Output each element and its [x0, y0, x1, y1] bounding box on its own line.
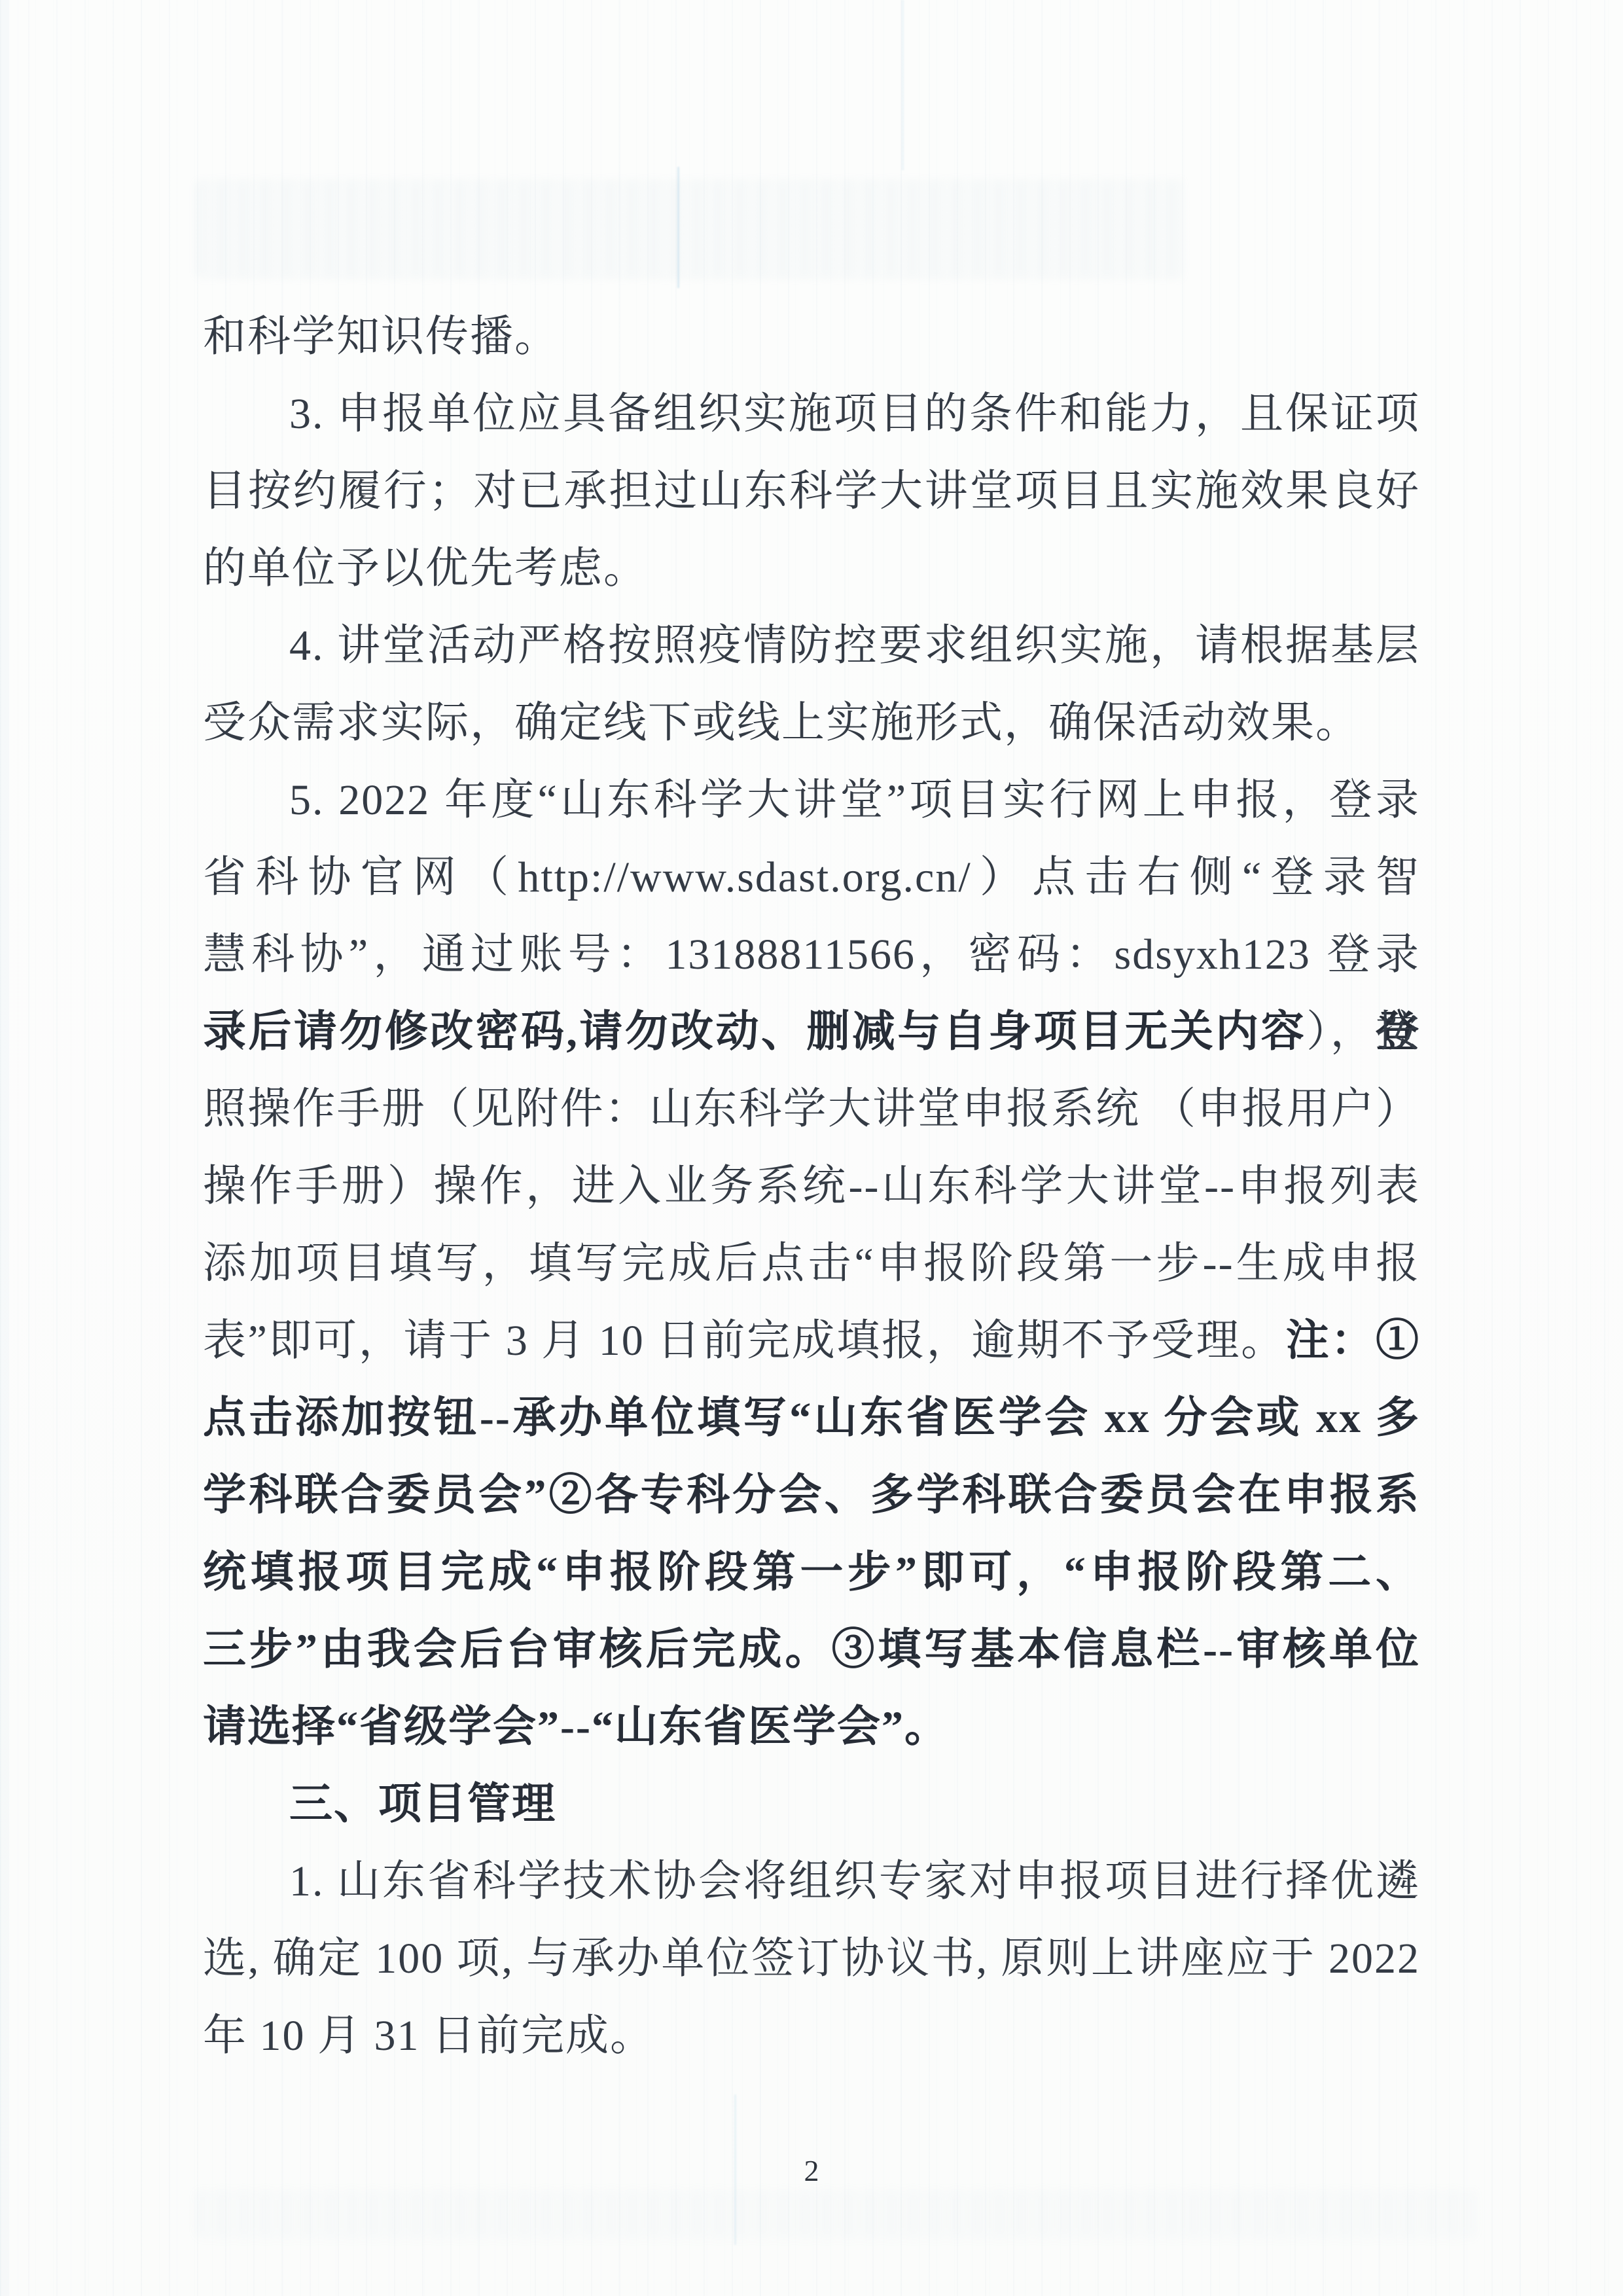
- text-line: 5. 2022 年度“山东科学大讲堂”项目实行网上申报，登录: [203, 762, 1420, 839]
- bold-text-run: 注：①: [1286, 1317, 1420, 1365]
- text-run: 照操作手册（见附件：山东科学大讲堂申报系统 （申报用户）: [203, 1085, 1420, 1133]
- text-line: 统填报项目完成“申报阶段第一步”即可，“申报阶段第二、: [203, 1534, 1420, 1611]
- document-page: 和科学知识传播。3. 申报单位应具备组织实施项目的条件和能力，且保证项目按约履行…: [0, 0, 1623, 2296]
- text-line: 选, 确定 100 项, 与承办单位签订协议书, 原则上讲座应于 2022: [203, 1920, 1420, 1998]
- text-line: 添加项目填写，填写完成后点击“申报阶段第一步--生成申报: [203, 1225, 1420, 1302]
- scan-bleed-artifact-top: [196, 180, 1185, 278]
- text-run: 受众需求实际，确定线下或线上实施形式，确保活动效果。: [203, 699, 1360, 747]
- text-line: 3. 申报单位应具备组织实施项目的条件和能力，且保证项: [203, 376, 1420, 453]
- text-line: 三步”由我会后台审核后完成。③填写基本信息栏--审核单位: [203, 1611, 1420, 1689]
- text-run: 1. 山东省科学技术协会将组织专家对申报项目进行择优遴: [289, 1857, 1420, 1905]
- text-run: ），按: [1306, 1008, 1420, 1056]
- text-run: 目按约履行；对已承担过山东科学大讲堂项目且实施效果良好: [203, 467, 1420, 515]
- text-line: 省科协官网（http://www.sdast.org.cn/）点击右侧“登录智: [203, 839, 1420, 916]
- bold-text-run: 统填报项目完成“申报阶段第一步”即可，“申报阶段第二、: [203, 1549, 1420, 1596]
- bold-text-run: 点击添加按钮--承办单位填写“山东省医学会 xx 分会或 xx 多: [203, 1394, 1420, 1442]
- bold-text-run: 请选择“省级学会”--“山东省医学会”。: [203, 1703, 949, 1751]
- text-run: 年 10 月 31 日前完成。: [203, 2012, 654, 2060]
- text-run: 的单位予以优先考虑。: [203, 545, 648, 592]
- text-run: 5. 2022 年度“山东科学大讲堂”项目实行网上申报，登录: [289, 776, 1420, 824]
- text-line: 的单位予以优先考虑。: [203, 530, 1420, 607]
- bold-text-run: 学科联合委员会”②各专科分会、多学科联合委员会在申报系: [203, 1471, 1420, 1519]
- text-run: 省科协官网（http://www.sdast.org.cn/）点击右侧“登录智: [203, 853, 1420, 901]
- text-line: 年 10 月 31 日前完成。: [203, 1998, 1420, 2075]
- text-line: 慧科协”，通过账号：13188811566，密码：sdsyxh123 登录（登: [203, 916, 1420, 994]
- page-number: 2: [0, 2153, 1623, 2188]
- text-run: 添加项目填写，填写完成后点击“申报阶段第一步--生成申报: [203, 1240, 1420, 1287]
- bold-text-run: 三步”由我会后台审核后完成。③填写基本信息栏--审核单位: [203, 1626, 1420, 1674]
- text-run: 4. 讲堂活动严格按照疫情防控要求组织实施，请根据基层: [289, 622, 1420, 670]
- scanner-line: [902, 0, 904, 170]
- text-line: 表”即可，请于 3 月 10 日前完成填报，逾期不予受理。注：①: [203, 1302, 1420, 1380]
- text-run: 和科学知识传播。: [203, 313, 559, 361]
- section-heading: 三、项目管理: [203, 1766, 1420, 1843]
- text-run: 选, 确定 100 项, 与承办单位签订协议书, 原则上讲座应于 2022: [203, 1935, 1420, 1982]
- text-line: 和科学知识传播。: [203, 298, 1420, 376]
- text-line: 目按约履行；对已承担过山东科学大讲堂项目且实施效果良好: [203, 453, 1420, 530]
- text-line: 受众需求实际，确定线下或线上实施形式，确保活动效果。: [203, 685, 1420, 762]
- text-line: 请选择“省级学会”--“山东省医学会”。: [203, 1689, 1420, 1766]
- text-line: 操作手册）操作，进入业务系统--山东科学大讲堂--申报列表: [203, 1148, 1420, 1225]
- bold-text-run: 录后请勿修改密码,请勿改动、删减与自身项目无关内容: [203, 1008, 1306, 1056]
- text-run: 表”即可，请于 3 月 10 日前完成填报，逾期不予受理。: [203, 1317, 1286, 1365]
- text-body: 和科学知识传播。3. 申报单位应具备组织实施项目的条件和能力，且保证项目按约履行…: [203, 298, 1420, 2075]
- text-line: 4. 讲堂活动严格按照疫情防控要求组织实施，请根据基层: [203, 607, 1420, 685]
- text-run: 操作手册）操作，进入业务系统--山东科学大讲堂--申报列表: [203, 1162, 1420, 1210]
- text-run: 3. 申报单位应具备组织实施项目的条件和能力，且保证项: [289, 390, 1420, 438]
- bold-text-run: 三、项目管理: [289, 1780, 556, 1828]
- text-line: 1. 山东省科学技术协会将组织专家对申报项目进行择优遴: [203, 1843, 1420, 1920]
- scanner-line: [677, 167, 679, 288]
- text-line: 学科联合委员会”②各专科分会、多学科联合委员会在申报系: [203, 1457, 1420, 1534]
- scan-bleed-artifact-bottom: [196, 2189, 1476, 2238]
- text-line: 照操作手册（见附件：山东科学大讲堂申报系统 （申报用户）: [203, 1071, 1420, 1148]
- text-line: 录后请勿修改密码,请勿改动、删减与自身项目无关内容），按: [203, 994, 1420, 1071]
- text-line: 点击添加按钮--承办单位填写“山东省医学会 xx 分会或 xx 多: [203, 1380, 1420, 1457]
